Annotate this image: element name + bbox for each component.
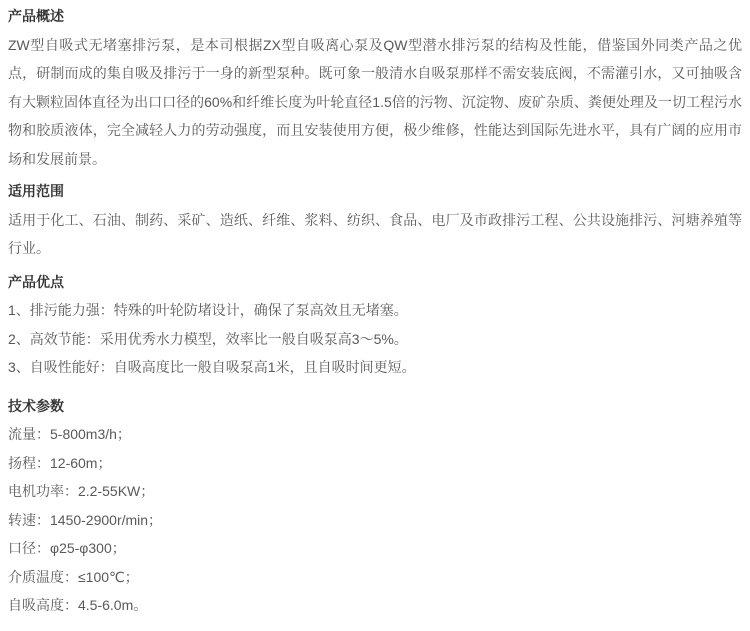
advantage-item-3: 3、自吸性能好：自吸高度比一般自吸泵高1米，且自吸时间更短。	[8, 353, 742, 382]
advantage-item-2: 2、高效节能：采用优秀水力模型，效率比一般自吸泵高3～5%。	[8, 325, 742, 354]
section-title-product-advantages: 产品优点	[8, 268, 742, 297]
application-scope-paragraph: 适用于化工、石油、制药、采矿、造纸、纤维、浆料、纺织、食品、电厂及市政排污工程、…	[8, 206, 742, 263]
spec-medium-temperature: 介质温度：≤100℃；	[8, 563, 742, 592]
product-overview-paragraph: ZW型自吸式无堵塞排污泵，是本司根据ZX型自吸离心泵及QW型潜水排污泵的结构及性…	[8, 31, 742, 174]
section-title-application-scope: 适用范围	[8, 177, 742, 206]
spec-motor-power: 电机功率：2.2-55KW；	[8, 477, 742, 506]
spec-diameter: 口径：φ25-φ300；	[8, 534, 742, 563]
spec-head: 扬程：12-60m；	[8, 449, 742, 478]
section-title-technical-parameters: 技术参数	[8, 392, 742, 421]
spec-suction-height: 自吸高度：4.5-6.0m。	[8, 591, 742, 620]
section-title-product-overview: 产品概述	[8, 2, 742, 31]
spec-rotation-speed: 转速：1450-2900r/min；	[8, 506, 742, 535]
advantage-item-1: 1、排污能力强：特殊的叶轮防堵设计，确保了泵高效且无堵塞。	[8, 296, 742, 325]
product-detail-page: 产品概述 ZW型自吸式无堵塞排污泵，是本司根据ZX型自吸离心泵及QW型潜水排污泵…	[0, 0, 750, 631]
spec-flow-rate: 流量：5-800m3/h；	[8, 420, 742, 449]
